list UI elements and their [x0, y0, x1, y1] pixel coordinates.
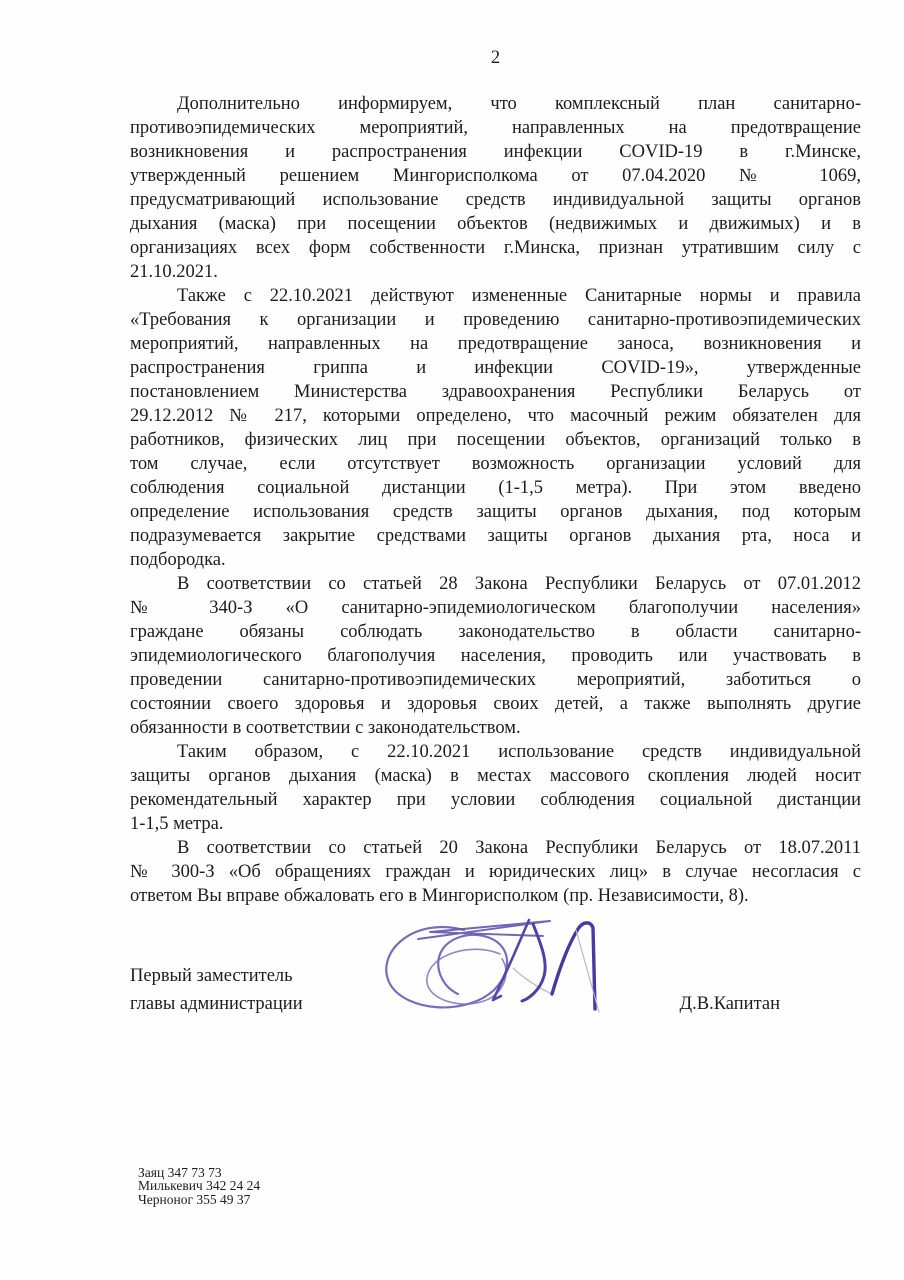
text-line: Таким образом, с 22.10.2021 использовани… [130, 740, 861, 764]
text-line: «Требования к организации и проведению с… [130, 308, 861, 332]
text-line: проведении санитарно-противоэпидемически… [130, 668, 861, 692]
scanned-letter-page: 2 Дополнительно информируем, что комплек… [0, 0, 904, 1280]
text-line: № 300-З «Об обращениях граждан и юридиче… [130, 860, 861, 884]
text-line: утвержденный решением Мингорисполкома от… [130, 164, 861, 188]
paragraph: Дополнительно информируем, что комплексн… [130, 92, 861, 284]
text-line: распространения гриппа и инфекции COVID-… [130, 356, 861, 380]
text-line: В соответствии со статьей 20 Закона Респ… [130, 836, 861, 860]
text-line: постановлением Министерства здравоохране… [130, 380, 861, 404]
text-line: 29.12.2012 № 217, которыми определено, ч… [130, 404, 861, 428]
signer-name: Д.В.Капитан [680, 990, 862, 1018]
text-line: работников, физических лиц при посещении… [130, 428, 861, 452]
text-line: ответом Вы вправе обжаловать его в Минго… [130, 884, 861, 908]
text-line: подбородка. [130, 548, 861, 572]
contact-line-2: Милькевич 342 24 24 [138, 1179, 260, 1192]
text-line: рекомендательный характер при условии со… [130, 788, 861, 812]
signature-block: Первый заместитель главы администрации Д… [130, 962, 861, 1018]
text-line: противоэпидемических мероприятий, направ… [130, 116, 861, 140]
text-line: мероприятий, направленных на предотвраще… [130, 332, 861, 356]
paragraph: В соответствии со статьей 28 Закона Респ… [130, 572, 861, 740]
footer-contacts: Заяц 347 73 73 Милькевич 342 24 24 Черно… [138, 1166, 260, 1206]
paragraph: Также с 22.10.2021 действуют измененные … [130, 284, 861, 572]
text-line: дыхания (маска) при посещении объектов (… [130, 212, 861, 236]
contact-line-1: Заяц 347 73 73 [138, 1166, 260, 1179]
text-line: организациях всех форм собственности г.М… [130, 236, 861, 260]
text-line: определение использования средств защиты… [130, 500, 861, 524]
text-line: Также с 22.10.2021 действуют измененные … [130, 284, 861, 308]
text-line: № 340-З «О санитарно-эпидемиологическом … [130, 596, 861, 620]
text-line: эпидемиологического благополучия населен… [130, 644, 861, 668]
letter-body: Дополнительно информируем, что комплексн… [130, 92, 861, 908]
text-line: Дополнительно информируем, что комплексн… [130, 92, 861, 116]
text-line: 1-1,5 метра. [130, 812, 861, 836]
text-line: граждане обязаны соблюдать законодательс… [130, 620, 861, 644]
paragraph: Таким образом, с 22.10.2021 использовани… [130, 740, 861, 836]
text-line: возникновения и распространения инфекции… [130, 140, 861, 164]
contact-line-3: Черноног 355 49 37 [138, 1193, 260, 1206]
text-line: 21.10.2021. [130, 260, 861, 284]
text-line: защиты органов дыхания (маска) в местах … [130, 764, 861, 788]
signer-position-line-1: Первый заместитель [130, 962, 303, 990]
signer-position-line-2: главы администрации [130, 990, 303, 1018]
text-line: предусматривающий использование средств … [130, 188, 861, 212]
text-line: состоянии своего здоровья и здоровья сво… [130, 692, 861, 716]
text-line: обязанности в соответствии с законодател… [130, 716, 861, 740]
text-line: соблюдения социальной дистанции (1-1,5 м… [130, 476, 861, 500]
text-line: подразумевается закрытие средствами защи… [130, 524, 861, 548]
text-line: том случае, если отсутствует возможность… [130, 452, 861, 476]
text-line: В соответствии со статьей 28 Закона Респ… [130, 572, 861, 596]
page-number: 2 [130, 48, 861, 68]
paragraph: В соответствии со статьей 20 Закона Респ… [130, 836, 861, 908]
signer-position: Первый заместитель главы администрации [130, 962, 303, 1018]
